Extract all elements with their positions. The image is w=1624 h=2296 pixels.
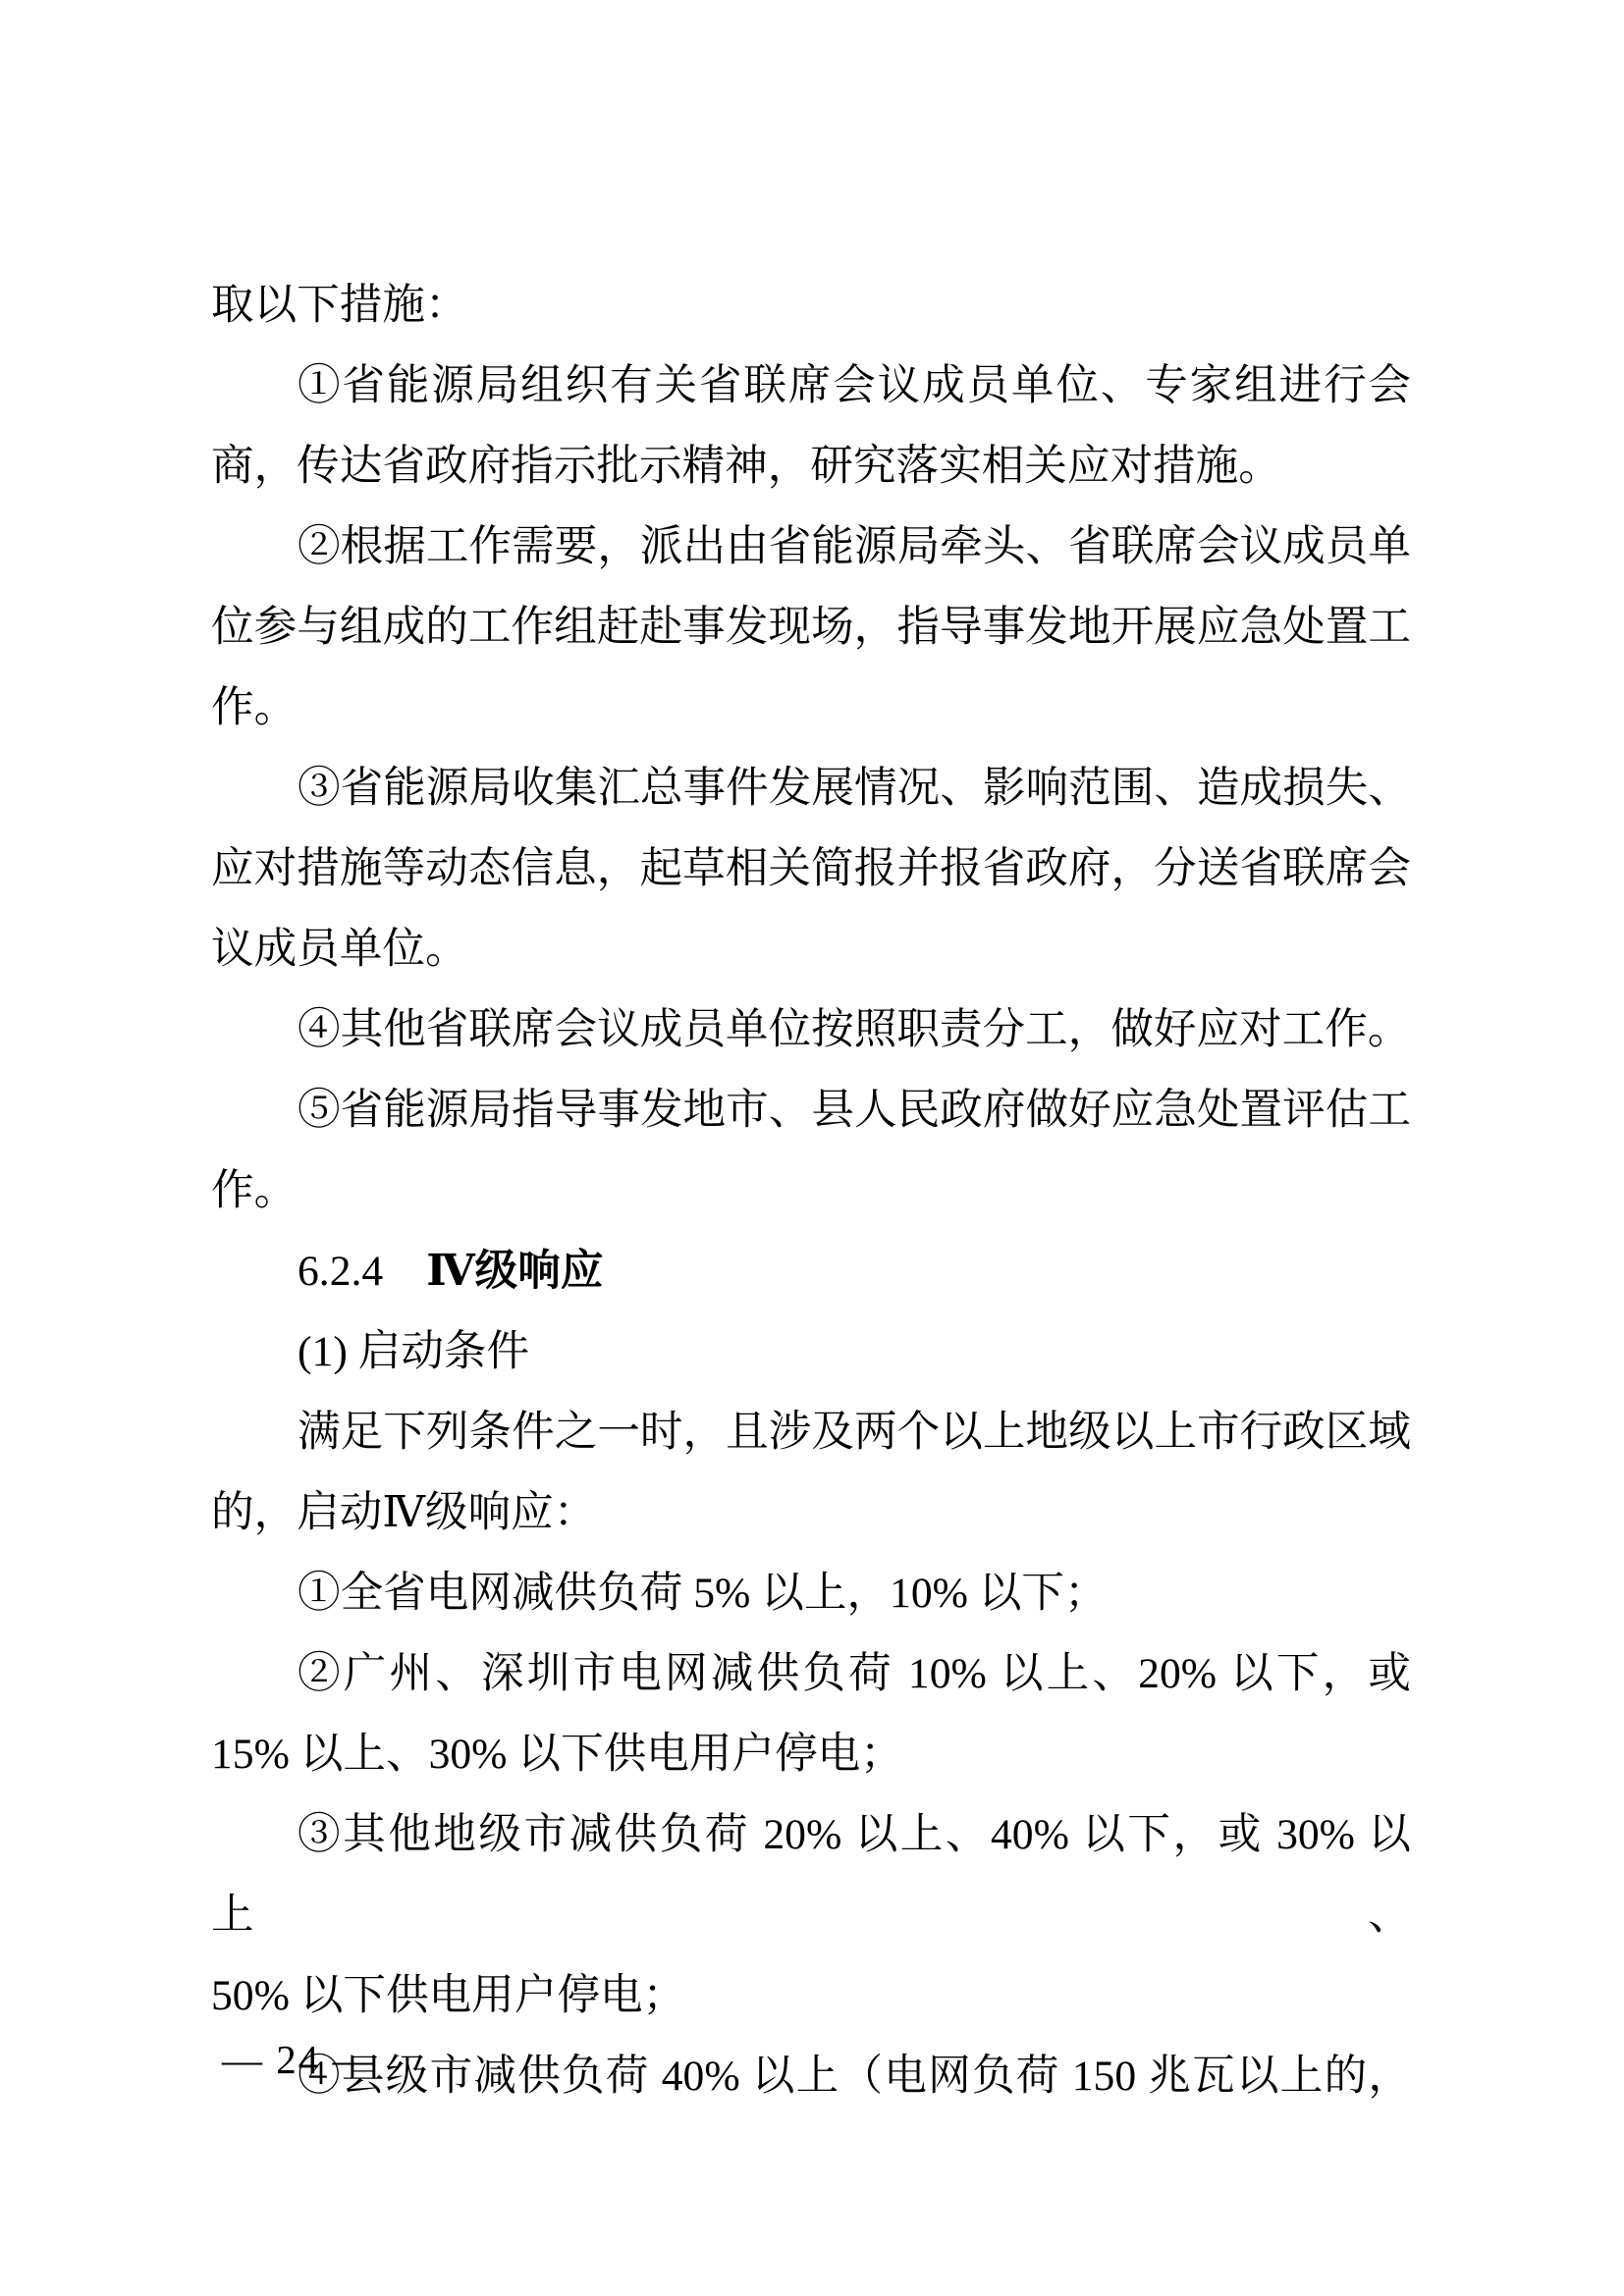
paragraph-line: 应对措施等动态信息，起草相关简报并报省政府，分送省联席会 — [211, 828, 1411, 909]
list-item-line: 50% 以下供电用户停电； — [211, 1955, 1411, 2036]
page-number: — 24 — — [222, 2037, 375, 2082]
list-item-line: ①全省电网减供负荷 5% 以上，10% 以下； — [211, 1553, 1411, 1633]
paragraph-line: ③省能源局收集汇总事件发展情况、影响范围、造成损失、 — [211, 748, 1411, 828]
paragraph-line: 位参与组成的工作组赶赴事发现场，指导事发地开展应急处置工 — [211, 587, 1411, 667]
paragraph-line: 取以下措施： — [211, 265, 1411, 346]
paragraph-line: 商，传达省政府指示批示精神，研究落实相关应对措施。 — [211, 426, 1411, 507]
section-title: Ⅳ级响应 — [426, 1248, 603, 1295]
section-heading: 6.2.4Ⅳ级响应 — [211, 1231, 1411, 1311]
paragraph-line: 满足下列条件之一时，且涉及两个以上地级以上市行政区域 — [211, 1392, 1411, 1472]
document-body: 取以下措施： ①省能源局组织有关省联席会议成员单位、专家组进行会 商，传达省政府… — [211, 265, 1411, 2116]
paragraph-line: ②根据工作需要，派出由省能源局牵头、省联席会议成员单 — [211, 507, 1411, 587]
paragraph-line: 的，启动Ⅳ级响应： — [211, 1472, 1411, 1553]
paragraph-line: ⑤省能源局指导事发地市、县人民政府做好应急处置评估工 — [211, 1070, 1411, 1150]
paragraph-line: 作。 — [211, 1150, 1411, 1231]
subsection-label: (1) 启动条件 — [211, 1311, 1411, 1392]
paragraph-line: ①省能源局组织有关省联席会议成员单位、专家组进行会 — [211, 346, 1411, 426]
list-item-line: ②广州、深圳市电网减供负荷 10% 以上、20% 以下，或 — [211, 1633, 1411, 1714]
paragraph-line: 作。 — [211, 667, 1411, 748]
list-item-line: 15% 以上、30% 以下供电用户停电； — [211, 1714, 1411, 1794]
section-number: 6.2.4 — [298, 1248, 383, 1295]
page-footer: — 24 — — [222, 2034, 375, 2085]
list-item-line: ④县级市减供负荷 40% 以上（电网负荷 150 兆瓦以上的， — [211, 2036, 1411, 2116]
paragraph-line: 议成员单位。 — [211, 909, 1411, 989]
list-item-line: ③其他地级市减供负荷 20% 以上、40% 以下，或 30% 以上、 — [211, 1794, 1411, 1955]
paragraph-line: ④其他省联席会议成员单位按照职责分工，做好应对工作。 — [211, 989, 1411, 1070]
document-page: 取以下措施： ①省能源局组织有关省联席会议成员单位、专家组进行会 商，传达省政府… — [0, 0, 1624, 2296]
